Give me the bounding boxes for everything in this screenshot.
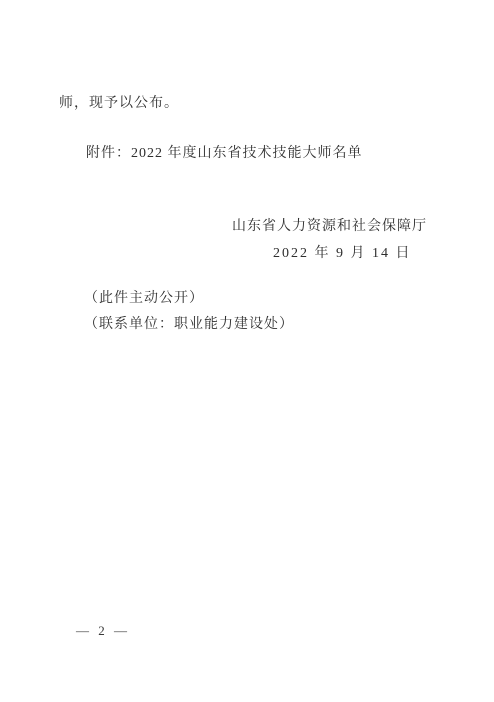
page-number: — 2 — [76,623,130,639]
body-text-line: 师，现予以公布。 [59,96,179,111]
attachment-line: 附件：2022 年度山东省技术技能大师名单 [86,146,363,161]
issue-date: 2022 年 9 月 14 日 [273,246,412,261]
issuer-name: 山东省人力资源和社会保障厅 [232,219,427,234]
note-contact-unit: （联系单位：职业能力建设处） [84,317,294,332]
note-public-disclosure: （此件主动公开） [84,291,204,306]
document-page: 师，现予以公布。 附件：2022 年度山东省技术技能大师名单 山东省人力资源和社… [0,0,494,702]
